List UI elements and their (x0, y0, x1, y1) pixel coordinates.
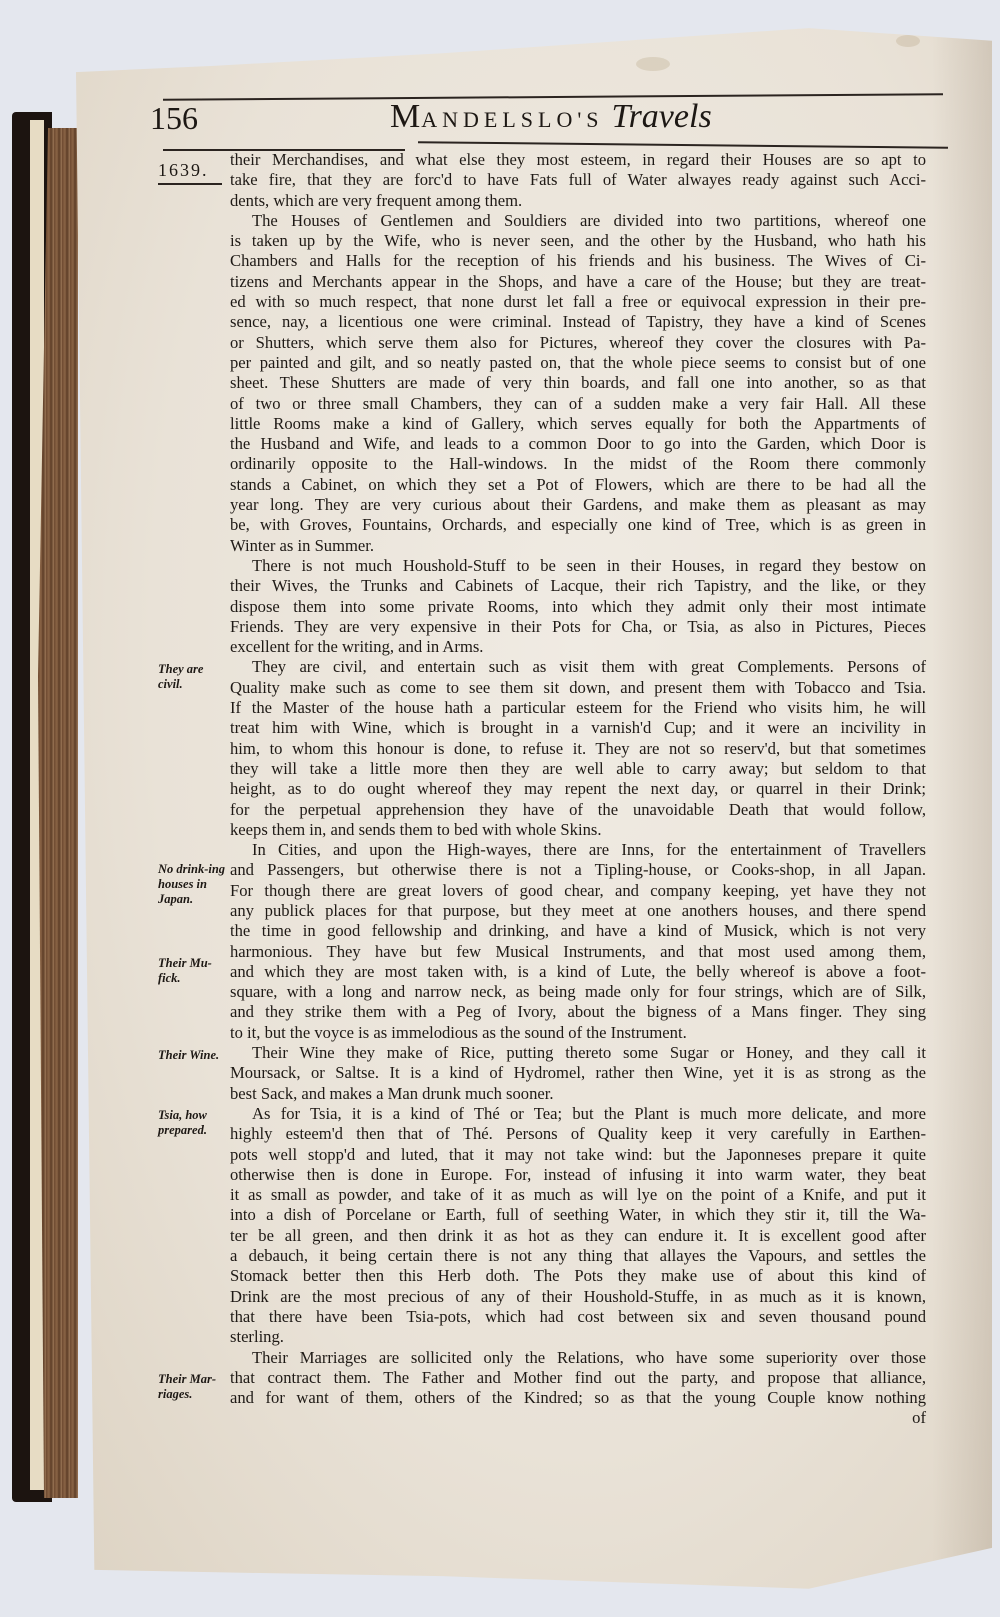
title-initial: M (390, 98, 421, 135)
text-line: for the perpetual apprehension they have… (230, 800, 926, 820)
text-line: him, to whom this honour is done, to ref… (230, 739, 926, 759)
text-line: of two or three small Chambers, they can… (230, 394, 926, 414)
text-line: ter be all green, and then drink it as h… (230, 1226, 926, 1246)
text-line: and Passengers, but otherwise there is n… (230, 860, 926, 880)
text-line: to it, but the voyce is as immelodious a… (230, 1023, 926, 1043)
text-line: tizens and Merchants appear in the Shops… (230, 272, 926, 292)
text-line: it as small as powder, and take of it as… (230, 1185, 926, 1205)
text-line: any publick places for that purpose, but… (230, 901, 926, 921)
text-line: square, with a long and narrow neck, as … (230, 982, 926, 1002)
text-line: is taken up by the Wife, who is never se… (230, 231, 926, 251)
text-line: harmonious. They have but few Musical In… (230, 942, 926, 962)
text-line: excellent for the writing, and in Arms. (230, 637, 926, 657)
text-line: dispose them into some private Rooms, in… (230, 597, 926, 617)
text-line: year long. They are very curious about t… (230, 495, 926, 515)
text-line: stands a Cabinet, on which they set a Po… (230, 475, 926, 495)
text-line: of (230, 1408, 926, 1428)
text-line: Moursack, or Saltse. It is a kind of Hyd… (230, 1063, 926, 1083)
text-line: a debauch, it being certain there is not… (230, 1246, 926, 1266)
text-line: their Merchandises, and what else they m… (230, 150, 926, 170)
text-line: and they strike them with a Peg of Ivory… (230, 1002, 926, 1022)
text-line: pots well stopp'd and luted, that it may… (230, 1145, 926, 1165)
text-line: highly esteem'd then that of Thé. Person… (230, 1124, 926, 1144)
text-line: keeps them in, and sends them to bed wit… (230, 820, 926, 840)
text-line: be, with Groves, Fountains, Orchards, an… (230, 515, 926, 535)
text-line: treat him with Wine, which is brought in… (230, 718, 926, 738)
text-line: If the Master of the house hath a partic… (230, 698, 926, 718)
text-line: per painted and gilt, and so neatly past… (230, 353, 926, 373)
text-line: little Rooms make a kind of Gallery, whi… (230, 414, 926, 434)
marginal-note-wine: Their Wine. (158, 1048, 230, 1063)
body-text: their Merchandises, and what else they m… (230, 150, 926, 1429)
page-number: 156 (150, 100, 198, 137)
text-line: Friends. They are very expensive in thei… (230, 617, 926, 637)
water-stain (896, 35, 920, 47)
text-line: ed with so much respect, that none durst… (230, 292, 926, 312)
text-line: For though there are great lovers of goo… (230, 881, 926, 901)
text-line: height, as to do ought whereof they may … (230, 779, 926, 799)
text-line: Stomack better then this Herb doth. The … (230, 1266, 926, 1286)
running-header: 156 MANDELSLO'STravels (150, 96, 920, 136)
text-line: and which they are most taken with, is a… (230, 962, 926, 982)
marginal-note-civil: They are civil. (158, 662, 230, 692)
text-line: Their Marriages are sollicited only the … (230, 1348, 926, 1368)
text-line: best Sack, and makes a Man drunk much so… (230, 1084, 926, 1104)
text-line: Winter as in Summer. (230, 536, 926, 556)
text-line: Drink are the most precious of any of th… (230, 1287, 926, 1307)
text-line: Quality make such as come to see them si… (230, 678, 926, 698)
text-line: otherwise then is done in Europe. For, i… (230, 1165, 926, 1185)
text-line: the time in good fellowship and drinking… (230, 921, 926, 941)
running-title: MANDELSLO'STravels (390, 98, 712, 136)
marginal-note-tsia: Tsia, how prepared. (158, 1108, 230, 1138)
marginal-note-drinking: No drink-ing houses in Japan. (158, 862, 230, 907)
text-line: In Cities, and upon the High-wayes, ther… (230, 840, 926, 860)
text-line: They are civil, and entertain such as vi… (230, 657, 926, 677)
text-line: the Husband and Wife, and leads to a com… (230, 434, 926, 454)
text-line: ordinarily opposite to the Hall-windows.… (230, 454, 926, 474)
text-line: sterling. (230, 1327, 926, 1347)
text-line: take fire, that they are forc'd to have … (230, 170, 926, 190)
title-italic: Travels (612, 98, 712, 135)
water-stain (636, 57, 670, 71)
text-line: Their Wine they make of Rice, putting th… (230, 1043, 926, 1063)
text-line: that contract them. The Father and Mothe… (230, 1368, 926, 1388)
text-line: There is not much Houshold-Stuff to be s… (230, 556, 926, 576)
text-line: that there have been Tsia-pots, which ha… (230, 1307, 926, 1327)
year-marginal-note: 1639. (158, 160, 222, 185)
text-line: into a dish of Porcelane or Earth, full … (230, 1205, 926, 1225)
title-smallcaps: ANDELSLO'S (421, 107, 603, 132)
text-line: sheet. These Shutters are made of very t… (230, 373, 926, 393)
text-line: dents, which are very frequent among the… (230, 191, 926, 211)
text-line: Chambers and Halls for the reception of … (230, 251, 926, 271)
text-line: or Shutters, which serve them also for P… (230, 333, 926, 353)
text-line: their Wives, the Trunks and Cabinets of … (230, 576, 926, 596)
text-line: As for Tsia, it is a kind of Thé or Tea;… (230, 1104, 926, 1124)
text-line: and for want of them, others of the Kind… (230, 1388, 926, 1408)
text-line: they will take a little more then they a… (230, 759, 926, 779)
marginal-note-marriages: Their Mar-riages. (158, 1372, 230, 1402)
text-line: The Houses of Gentlemen and Souldiers ar… (230, 211, 926, 231)
text-line: sence, nay, a licentious one were crimin… (230, 312, 926, 332)
marginal-note-musick: Their Mu-fick. (158, 956, 230, 986)
